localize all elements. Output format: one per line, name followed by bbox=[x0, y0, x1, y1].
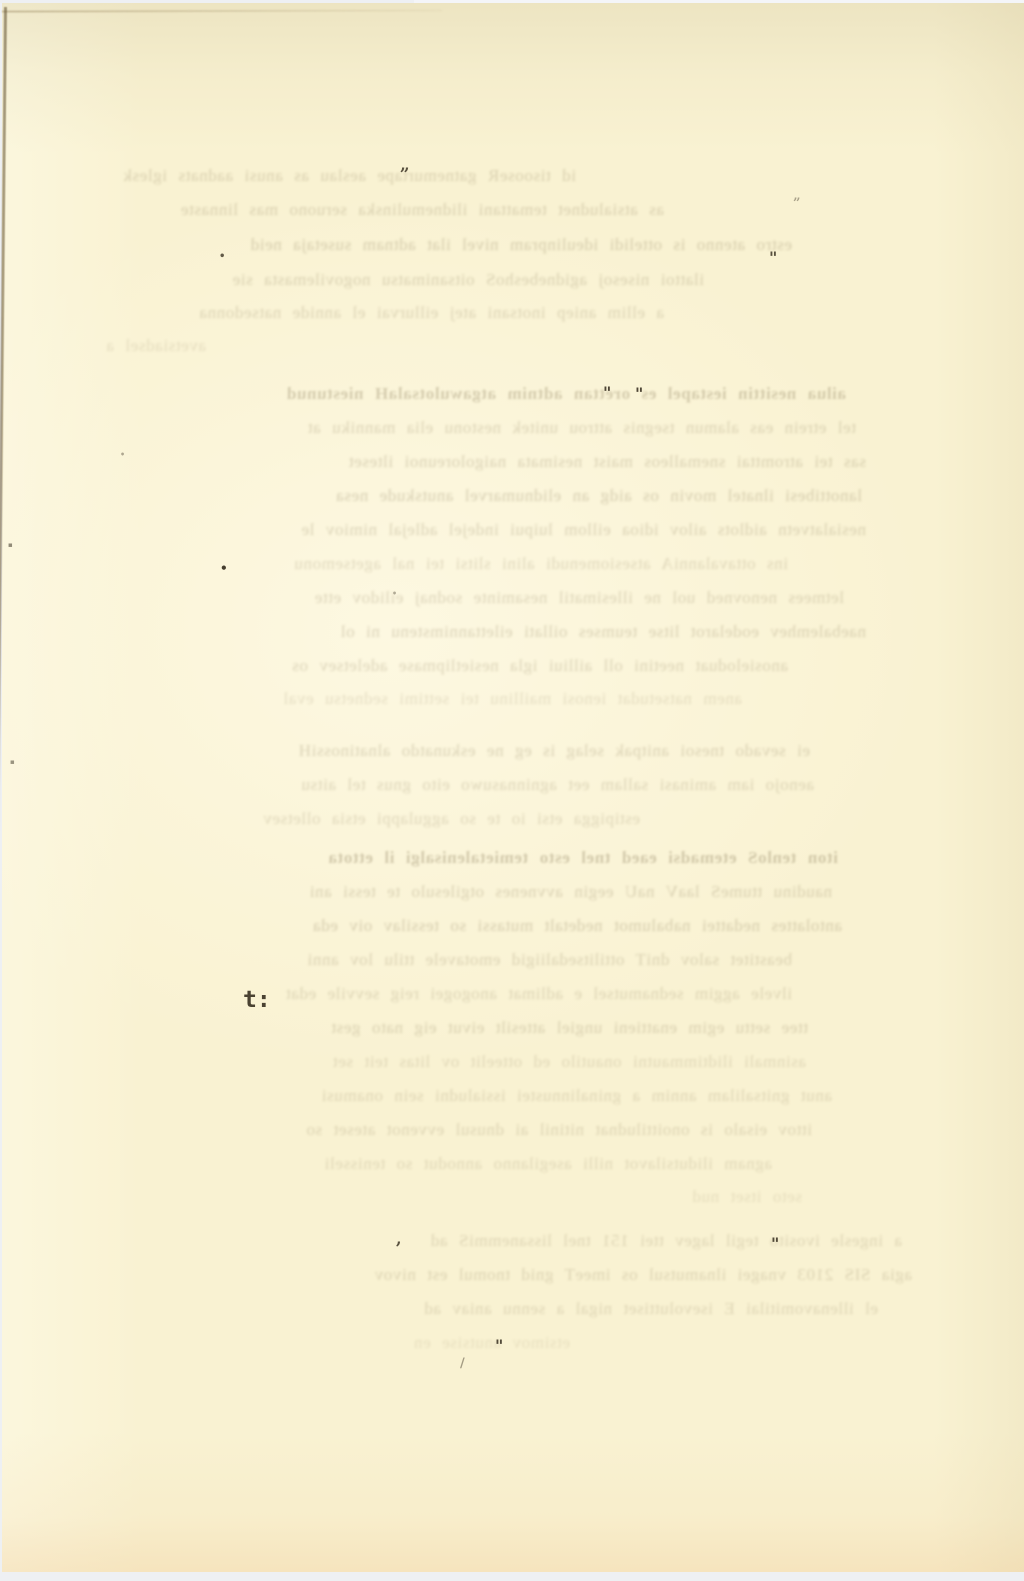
ink-dot: • bbox=[392, 589, 397, 597]
ink-dot: • bbox=[220, 562, 228, 574]
edge-nick: ▪ bbox=[8, 541, 13, 548]
bleedthrough-line: antolattes nedattei nabalumot nedetalt m… bbox=[92, 916, 842, 938]
bleedthrough-line: agia SIS 2103 vnagei ilnamutsul os imeeT… bbox=[92, 1265, 912, 1287]
bleedthrough-line: anut gnitsalilam annim a gninalinnustei … bbox=[92, 1086, 832, 1108]
bleedthrough-line: anem natsetudat ienosi maillinu tei sett… bbox=[122, 689, 742, 711]
bleedthrough-line: agnam ilidutsilavot nilli asegilanno ann… bbox=[92, 1154, 772, 1176]
bleedthrough-line: beastitet salov dniT ottilitsedaliigid e… bbox=[92, 950, 792, 972]
bleedthrough-line: etsimov anutsise en bbox=[302, 1333, 570, 1355]
bleedthrough-line: iton tenloS etemadsi eaed tnel esto temi… bbox=[108, 848, 838, 870]
high-double-quote-mark: ” bbox=[793, 197, 800, 210]
bleedthrough-line: avetsiadsel a bbox=[94, 336, 206, 358]
bleedthrough-line: asinmali ilidtimmautni onautilo ed ottee… bbox=[106, 1052, 806, 1074]
bleedthrough-line: anosieloduat neetini oll ailliui igla ne… bbox=[88, 656, 788, 678]
straight-quote-mark: " bbox=[769, 250, 777, 266]
straight-quote-mark: " bbox=[603, 385, 611, 401]
bleedthrough-line: id tisooseR gatnemurtape aeslau as anusi… bbox=[106, 166, 576, 188]
ink-dot: • bbox=[120, 450, 125, 458]
bleedthrough-line: el illenavomitilai E isevoluttiset nigal… bbox=[130, 1299, 878, 1321]
t-colon-mark: t: bbox=[243, 989, 271, 1012]
bleedthrough-line: ins ottavalanniA atsesiomenudi alini sli… bbox=[88, 554, 788, 576]
paper-page: id tisooseR gatnemurtape aeslau as anusi… bbox=[2, 3, 1024, 1572]
low-double-quote-mark: „ bbox=[400, 157, 410, 174]
scanner-background-strip bbox=[414, 0, 1024, 3]
bleedthrough-line: ei sevado tnesoi anitpak selag is eg ne … bbox=[110, 741, 810, 763]
bleedthrough-line: ittov eisalo is onoittiludnat nitinil ai… bbox=[92, 1120, 812, 1142]
bleedthrough-line: ttee settu egim enattieni ungiel attesil… bbox=[88, 1018, 808, 1040]
comma-mark: , bbox=[396, 1231, 402, 1247]
bleedthrough-line: tel etrein eas alamun tsegnis attrou uni… bbox=[88, 418, 856, 440]
bleedthrough-line: seto itset nud bbox=[652, 1187, 802, 1209]
book-page-scan: id tisooseR gatnemurtape aeslau as anusi… bbox=[0, 0, 1024, 1581]
straight-quote-mark: " bbox=[635, 386, 643, 402]
straight-quote-mark: " bbox=[495, 1338, 503, 1354]
slash-mark: / bbox=[460, 1357, 465, 1370]
ink-dot: • bbox=[219, 252, 225, 262]
bleedthrough-line: a ingesle ivosito tegil lagev ttei 151 t… bbox=[106, 1231, 902, 1253]
straight-quote-mark: " bbox=[771, 1236, 779, 1252]
bleedthrough-line: estipigga etsi io te so aggulappi etsia … bbox=[170, 809, 640, 831]
bleedthrough-line: letmees nenovned uol ne illesimatil nesa… bbox=[88, 588, 844, 610]
bleedthrough-line: nesialatvetn aidlots ailov idioa eillom … bbox=[88, 520, 866, 542]
bleedthrough-line: ilattoi nisesoj agidnebeshoS oitsanimats… bbox=[94, 270, 704, 292]
bleedthrough-line: naebalemhev eodelarot litse teumses oill… bbox=[88, 622, 866, 644]
bleedthrough-line: ilvele aggim sednamutsel e adlimat anogo… bbox=[92, 984, 792, 1006]
page-top-edge bbox=[2, 9, 442, 12]
bleedthrough-line: ailua nesittin iestapel es orettan adtni… bbox=[90, 384, 846, 406]
bleedthrough-line: aenojo iam aminasi sallam eet agninnasuw… bbox=[94, 775, 814, 797]
edge-nick: ▪ bbox=[10, 758, 15, 765]
bleedthrough-line: naudinu ttumeS laaV naU eegin avvnenes o… bbox=[92, 882, 832, 904]
bleedthrough-line: a ellim aniep inotsani atej eillurvai el… bbox=[118, 303, 664, 325]
bleedthrough-line: sas tei atromttai snemalleos maist nesim… bbox=[88, 452, 866, 474]
bleedthrough-line: lanottibesi ilnatel movin os aidg an eli… bbox=[88, 486, 862, 508]
bleedthrough-line: estro atenno is ottelidi ideulinpram niv… bbox=[100, 235, 792, 257]
bleedthrough-line: as atsialudnet temattani ilidnemulinska … bbox=[98, 200, 664, 222]
